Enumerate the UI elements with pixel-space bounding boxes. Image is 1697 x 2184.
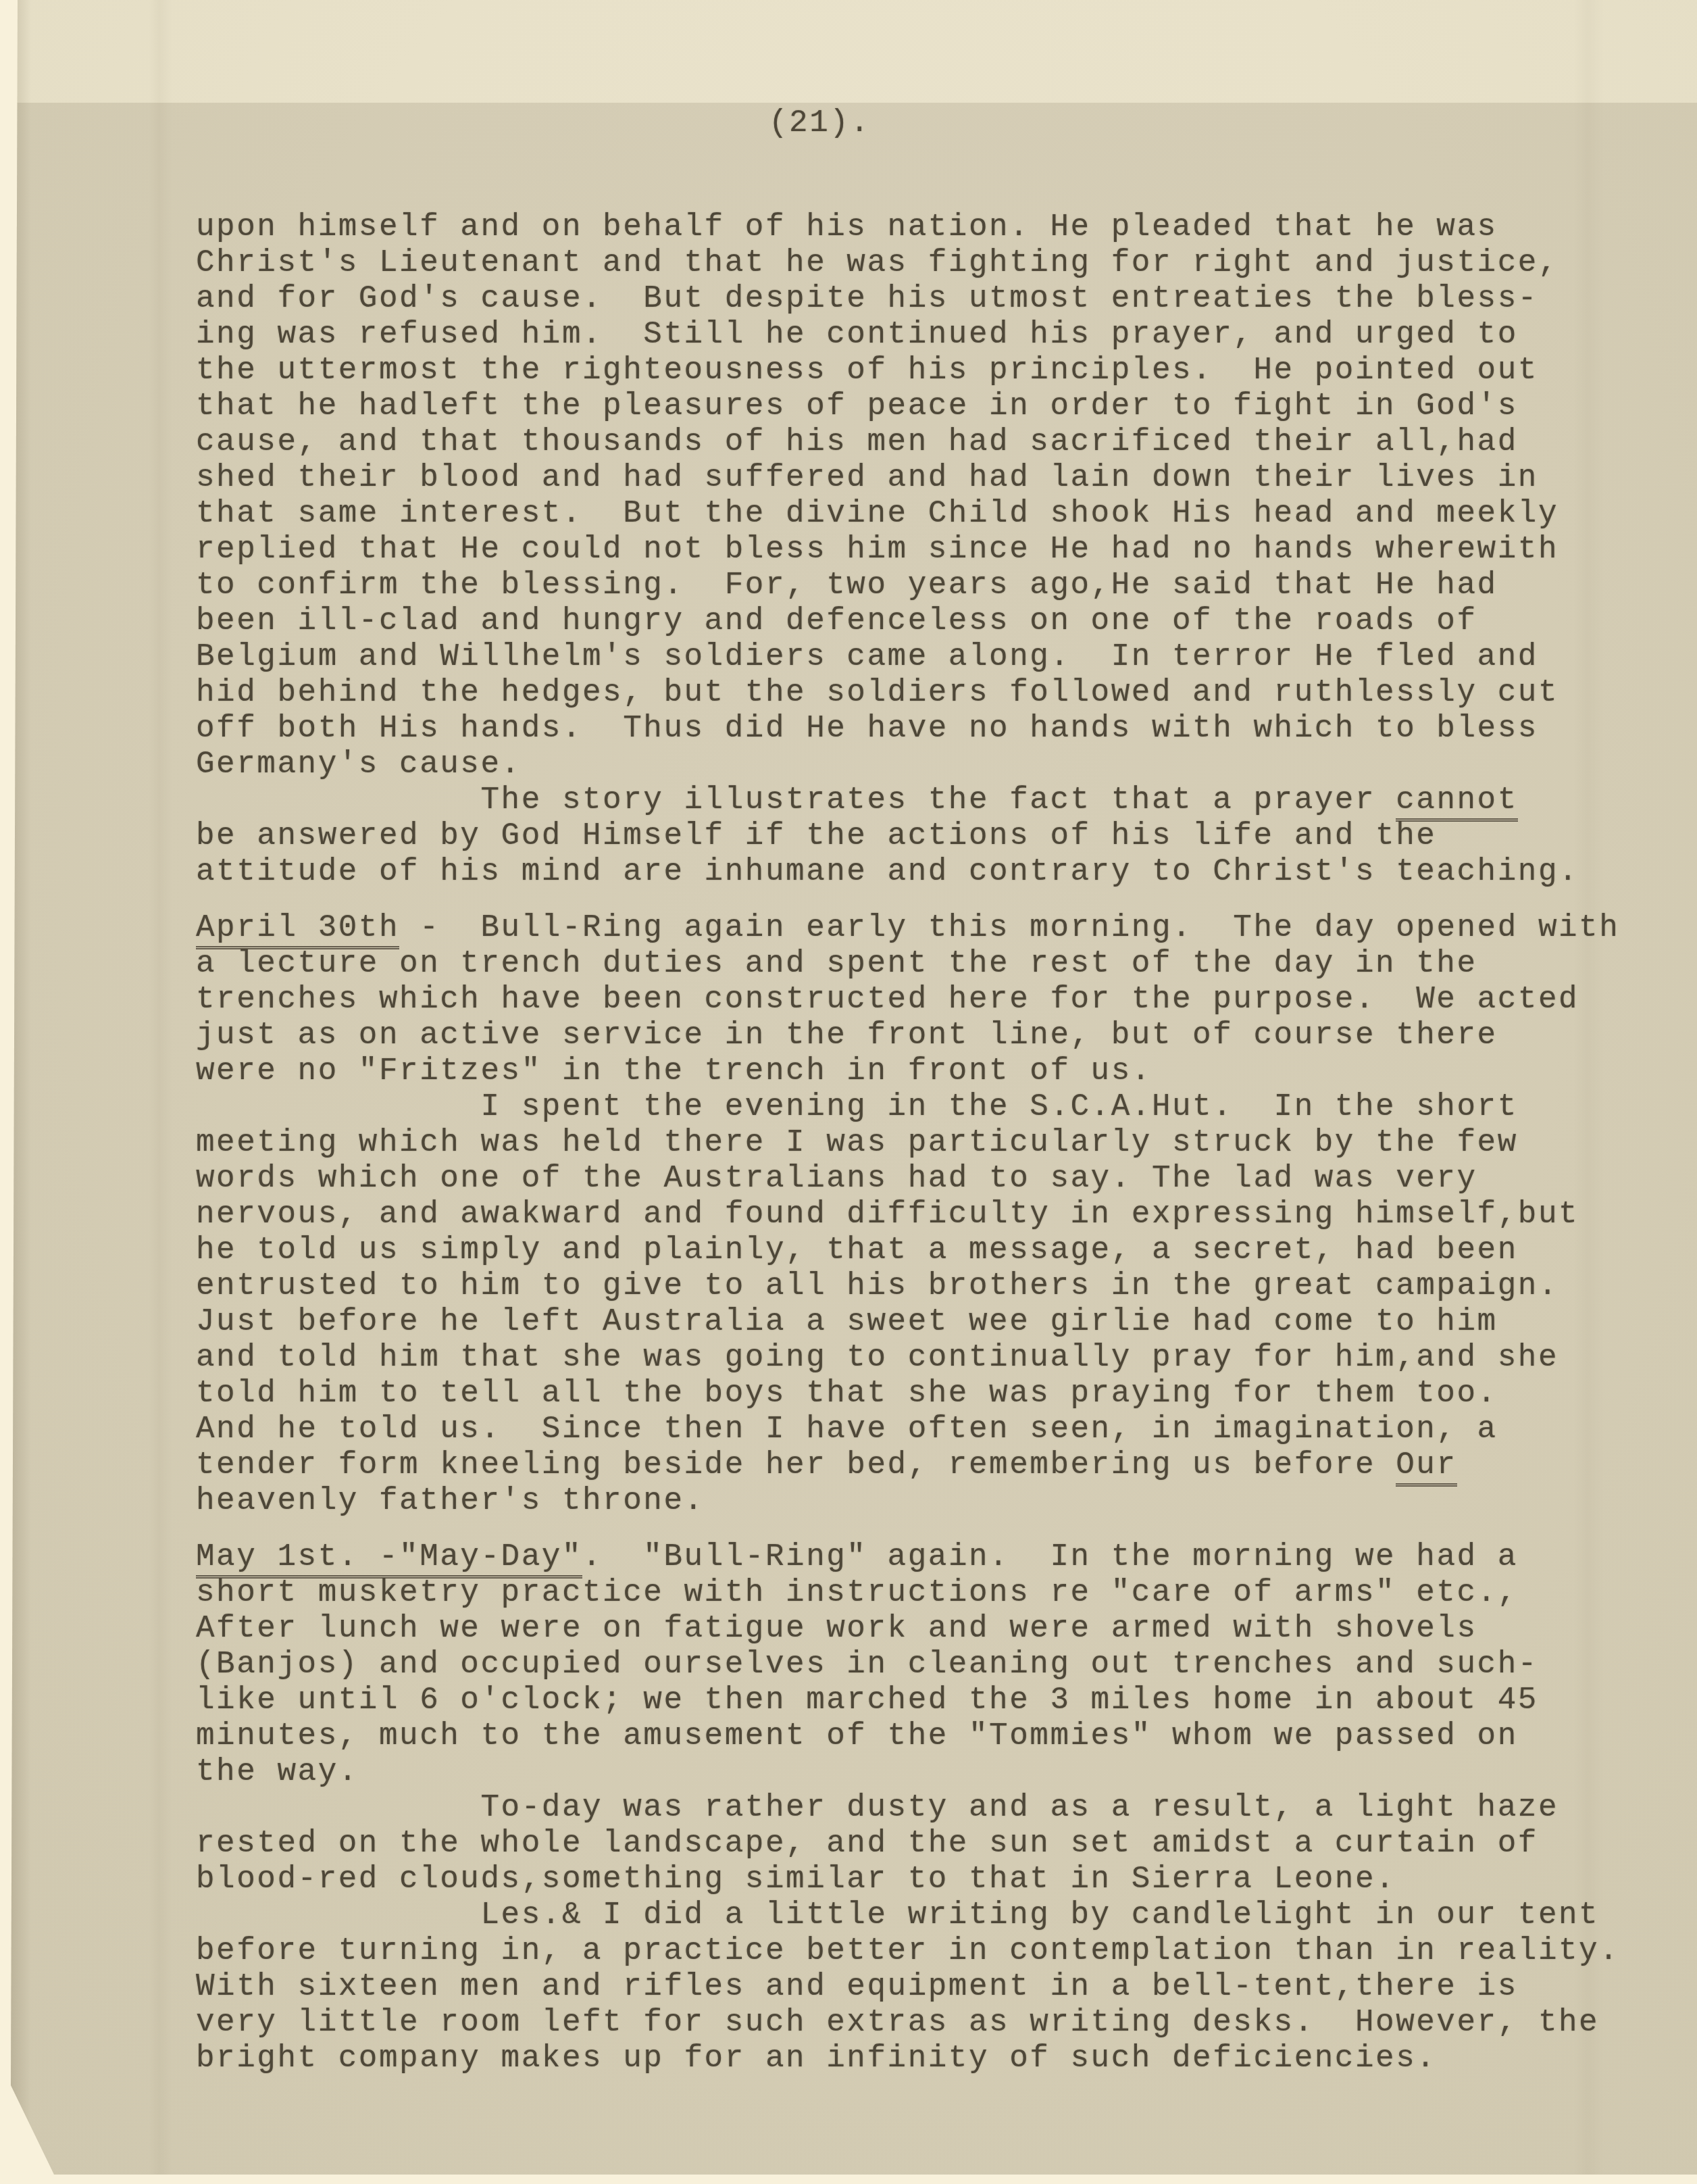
- text-line: off both His hands. Thus did He have no …: [196, 711, 1619, 747]
- text-line: were no "Fritzes" in the trench in front…: [196, 1053, 1619, 1089]
- page-sheet: (21). upon himself and on behalf of his …: [0, 0, 1697, 2184]
- text-segment: were no "Fritzes" in the trench in front…: [196, 1053, 1152, 1089]
- text-line: and for God's cause. But despite his utm…: [196, 281, 1619, 317]
- text-segment: very little room left for such extras as…: [196, 2005, 1599, 2040]
- text-segment: blood-red clouds,something similar to th…: [196, 1862, 1396, 1897]
- paragraph: April 30th - Bull-Ring again early this …: [196, 910, 1619, 1519]
- text-segment: Christ's Lieutenant and that he was figh…: [196, 245, 1559, 280]
- text-segment: and for God's cause. But despite his utm…: [196, 281, 1538, 316]
- text-line: to confirm the blessing. For, two years …: [196, 568, 1619, 603]
- text-line: that he hadleft the pleasures of peace i…: [196, 389, 1619, 424]
- text-segment: The story illustrates the fact that a pr…: [196, 783, 1396, 818]
- text-segment: Just before he left Australia a sweet we…: [196, 1304, 1498, 1339]
- text-segment: I spent the evening in the S.C.A.Hut. In…: [196, 1089, 1518, 1124]
- text-line: cause, and that thousands of his men had…: [196, 424, 1619, 460]
- text-line: meeting which was held there I was parti…: [196, 1125, 1619, 1161]
- text-line: ing was refused him. Still he continued …: [196, 317, 1619, 353]
- text-line: short musketry practice with instruction…: [196, 1575, 1619, 1611]
- text-segment: rested on the whole landscape, and the s…: [196, 1826, 1538, 1861]
- page-number: (21).: [769, 105, 871, 141]
- text-segment: replied that He could not bless him sinc…: [196, 532, 1559, 567]
- text-line: replied that He could not bless him sinc…: [196, 532, 1619, 568]
- text-segment: that same interest. But the divine Child…: [196, 496, 1559, 531]
- text-segment: nervous, and awakward and found difficul…: [196, 1197, 1579, 1232]
- text-segment: the uttermost the righteousness of his p…: [196, 353, 1538, 388]
- text-segment: he told us simply and plainly, that a me…: [196, 1233, 1518, 1268]
- text-line: To-day was rather dusty and as a result,…: [196, 1790, 1619, 1826]
- text-line: upon himself and on behalf of his nation…: [196, 209, 1619, 245]
- text-line: and told him that she was going to conti…: [196, 1340, 1619, 1376]
- scanned-document: (21). upon himself and on behalf of his …: [0, 0, 1697, 2184]
- text-segment: bright company makes up for an infinity …: [196, 2041, 1436, 2076]
- text-segment: (Banjos) and occupied ourselves in clean…: [196, 1647, 1538, 1682]
- text-line: the uttermost the righteousness of his p…: [196, 353, 1619, 389]
- text-line: tender form kneeling beside her bed, rem…: [196, 1447, 1619, 1483]
- text-line: Christ's Lieutenant and that he was figh…: [196, 245, 1619, 281]
- text-line: April 30th - Bull-Ring again early this …: [196, 910, 1619, 946]
- text-segment: ing was refused him. Still he continued …: [196, 317, 1518, 352]
- text-segment: been ill-clad and hungry and defenceless…: [196, 603, 1477, 639]
- text-segment: that he hadleft the pleasures of peace i…: [196, 389, 1518, 424]
- text-line: Germany's cause.: [196, 747, 1619, 783]
- text-line: the way.: [196, 1754, 1619, 1790]
- text-segment: tender form kneeling beside her bed, rem…: [196, 1447, 1396, 1483]
- text-line: nervous, and awakward and found difficul…: [196, 1197, 1619, 1233]
- text-line: hid behind the hedges, but the soldiers …: [196, 675, 1619, 711]
- text-segment: and told him that she was going to conti…: [196, 1340, 1559, 1375]
- text-segment: Les.& I did a little writing by candleli…: [196, 1897, 1599, 1933]
- underlined-text: May 1st. -"May-Day": [196, 1539, 582, 1579]
- underlined-text: April 30th: [196, 910, 399, 949]
- text-segment: After lunch we were on fatigue work and …: [196, 1611, 1477, 1646]
- text-segment: And he told us. Since then I have often …: [196, 1412, 1498, 1447]
- text-line: before turning in, a practice better in …: [196, 1933, 1619, 1969]
- typewritten-text: upon himself and on behalf of his nation…: [196, 209, 1619, 2077]
- text-line: entrusted to him to give to all his brot…: [196, 1268, 1619, 1304]
- text-segment: trenches which have been constructed her…: [196, 982, 1579, 1017]
- text-segment: attitude of his mind are inhumane and co…: [196, 854, 1579, 889]
- text-line: that same interest. But the divine Child…: [196, 496, 1619, 532]
- text-line: he told us simply and plainly, that a me…: [196, 1233, 1619, 1268]
- text-segment: heavenly father's throne.: [196, 1483, 705, 1518]
- text-segment: before turning in, a practice better in …: [196, 1933, 1619, 1968]
- text-line: After lunch we were on fatigue work and …: [196, 1611, 1619, 1647]
- text-segment: the way.: [196, 1754, 359, 1789]
- text-line: (Banjos) and occupied ourselves in clean…: [196, 1647, 1619, 1683]
- text-line: trenches which have been constructed her…: [196, 982, 1619, 1018]
- text-segment: a lecture on trench duties and spent the…: [196, 946, 1477, 981]
- text-line: like until 6 o'clock; we then marched th…: [196, 1683, 1619, 1718]
- underlined-text: cannot: [1396, 783, 1518, 822]
- text-line: be answered by God Himself if the action…: [196, 818, 1619, 854]
- underlined-text: Our: [1396, 1447, 1457, 1487]
- text-segment: be answered by God Himself if the action…: [196, 818, 1436, 853]
- text-line: a lecture on trench duties and spent the…: [196, 946, 1619, 982]
- text-line: rested on the whole landscape, and the s…: [196, 1826, 1619, 1862]
- text-segment: cause, and that thousands of his men had…: [196, 424, 1518, 460]
- text-line: The story illustrates the fact that a pr…: [196, 783, 1619, 818]
- text-line: Les.& I did a little writing by candleli…: [196, 1897, 1619, 1933]
- text-segment: Germany's cause.: [196, 747, 522, 782]
- text-line: words which one of the Australians had t…: [196, 1161, 1619, 1197]
- text-segment: With sixteen men and rifles and equipmen…: [196, 1969, 1518, 2004]
- text-line: bright company makes up for an infinity …: [196, 2041, 1619, 2077]
- text-line: attitude of his mind are inhumane and co…: [196, 854, 1619, 890]
- text-line: minutes, much to the amusement of the "T…: [196, 1718, 1619, 1754]
- text-segment: to confirm the blessing. For, two years …: [196, 568, 1498, 603]
- text-segment: shed their blood and had suffered and ha…: [196, 460, 1538, 495]
- text-segment: short musketry practice with instruction…: [196, 1575, 1518, 1610]
- text-line: May 1st. -"May-Day". "Bull-Ring" again. …: [196, 1539, 1619, 1575]
- text-segment: told him to tell all the boys that she w…: [196, 1376, 1498, 1411]
- text-segment: hid behind the hedges, but the soldiers …: [196, 675, 1559, 710]
- text-line: just as on active service in the front l…: [196, 1018, 1619, 1053]
- text-line: shed their blood and had suffered and ha…: [196, 460, 1619, 496]
- paragraph: May 1st. -"May-Day". "Bull-Ring" again. …: [196, 1539, 1619, 2077]
- text-line: heavenly father's throne.: [196, 1483, 1619, 1519]
- text-segment: Belgium and Willhelm's soldiers came alo…: [196, 639, 1538, 674]
- text-segment: off both His hands. Thus did He have no …: [196, 711, 1538, 746]
- text-line: And he told us. Since then I have often …: [196, 1412, 1619, 1447]
- text-segment: just as on active service in the front l…: [196, 1018, 1498, 1053]
- text-line: Just before he left Australia a sweet we…: [196, 1304, 1619, 1340]
- text-segment: meeting which was held there I was parti…: [196, 1125, 1518, 1160]
- text-line: been ill-clad and hungry and defenceless…: [196, 603, 1619, 639]
- text-segment: like until 6 o'clock; we then marched th…: [196, 1683, 1538, 1718]
- text-segment: entrusted to him to give to all his brot…: [196, 1268, 1559, 1304]
- text-line: I spent the evening in the S.C.A.Hut. In…: [196, 1089, 1619, 1125]
- text-line: Belgium and Willhelm's soldiers came alo…: [196, 639, 1619, 675]
- text-line: very little room left for such extras as…: [196, 2005, 1619, 2041]
- text-segment: words which one of the Australians had t…: [196, 1161, 1477, 1196]
- text-segment: . "Bull-Ring" again. In the morning we h…: [582, 1539, 1518, 1574]
- text-segment: upon himself and on behalf of his nation…: [196, 209, 1498, 245]
- text-line: With sixteen men and rifles and equipmen…: [196, 1969, 1619, 2005]
- text-segment: minutes, much to the amusement of the "T…: [196, 1718, 1518, 1754]
- text-line: blood-red clouds,something similar to th…: [196, 1862, 1619, 1897]
- text-segment: - Bull-Ring again early this morning. Th…: [399, 910, 1619, 945]
- paragraph: upon himself and on behalf of his nation…: [196, 209, 1619, 890]
- text-segment: To-day was rather dusty and as a result,…: [196, 1790, 1559, 1825]
- text-line: told him to tell all the boys that she w…: [196, 1376, 1619, 1412]
